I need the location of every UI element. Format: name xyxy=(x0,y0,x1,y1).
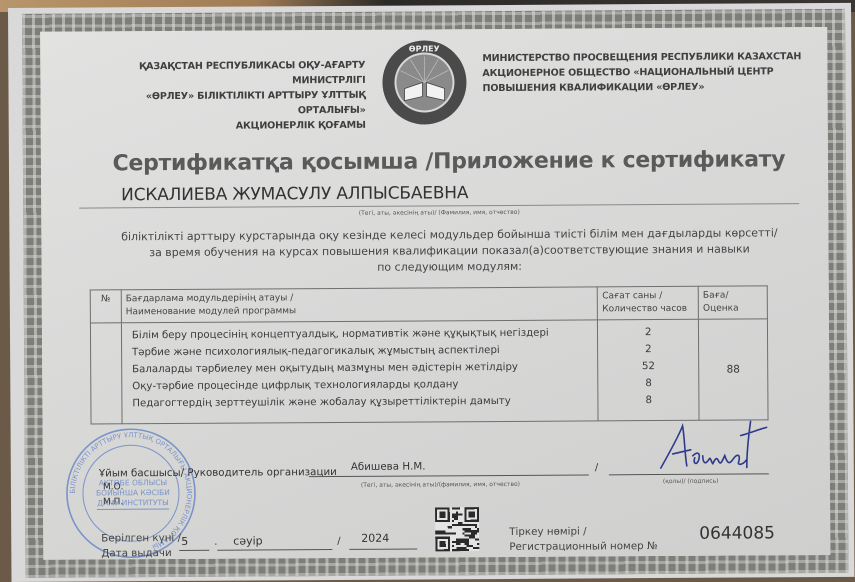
header-hours-ru: Количество часов xyxy=(602,303,694,317)
leader-label: Ұйым басшысы/ Руководитель организации xyxy=(99,466,337,479)
header-ru-line-2: АКЦИОНЕРНОЕ ОБЩЕСТВО «НАЦИОНАЛЬНЫЙ ЦЕНТР xyxy=(482,64,802,81)
handwritten-signature xyxy=(651,415,771,476)
svg-text:ӨРЛЕУ: ӨРЛЕУ xyxy=(409,44,440,53)
header-kz-line-3: АКЦИОНЕРЛІК ҚОҒАМЫ xyxy=(81,118,366,135)
header-hours-kz: Сағат саны / xyxy=(602,290,694,304)
cell-module-names: Білім беру процесінің концептуалдық, нор… xyxy=(121,320,598,424)
leader-name: Абишева Н.М. xyxy=(351,460,426,472)
document-title: Сертификатқа қосымша /Приложение к серти… xyxy=(89,147,809,176)
header-grade-ru: Оценка xyxy=(703,302,763,315)
header-module-name-ru: Наименование модулей программы xyxy=(126,303,594,319)
cell-no xyxy=(90,323,122,424)
registration-number: 0644085 xyxy=(699,523,775,543)
table-header-row: № Бағдарлама модульдерінің атауы / Наиме… xyxy=(90,286,767,323)
issue-day: 5 xyxy=(181,535,188,548)
date-separator: . xyxy=(214,537,217,548)
orleu-logo: ӨРЛЕУ xyxy=(380,38,469,127)
hours-value: 8 xyxy=(599,392,699,410)
header-ru-line-3: ПОВЫШЕНИЯ КВАЛИФИКАЦИИ «ӨРЛЕУ» xyxy=(482,79,802,96)
header-no: № xyxy=(90,290,121,323)
table-row: Білім беру процесінің концептуалдық, нор… xyxy=(132,324,588,344)
grade-value: 88 xyxy=(699,319,768,420)
certificate-sheet: ҚАЗАҚСТАН РЕСПУБЛИКАСЫ ОҚУ-АҒАРТУ МИНИСТ… xyxy=(8,3,854,582)
header-module-name: Бағдарлама модульдерінің атауы / Наимено… xyxy=(121,287,598,323)
modules-table: № Бағдарлама модульдерінің атауы / Наиме… xyxy=(90,285,769,424)
header-kazakh: ҚАЗАҚСТАН РЕСПУБЛИКАСЫ ОҚУ-АҒАРТУ МИНИСТ… xyxy=(80,58,365,135)
header-grade-kz: Баға/ xyxy=(703,289,763,302)
header-kz-line-1: ҚАЗАҚСТАН РЕСПУБЛИКАСЫ ОҚУ-АҒАРТУ МИНИСТ… xyxy=(80,58,365,90)
hours-value: 8 xyxy=(599,375,699,393)
header-kz-line-2: «ӨРЛЕУ» БІЛІКТІЛІКТІ АРТТЫРУ ҰЛТТЫҚ ОРТА… xyxy=(80,88,365,120)
registration-label-ru: Регистрационный номер № xyxy=(509,539,657,555)
date-slash: / xyxy=(337,536,340,547)
issue-month: сәуір xyxy=(233,534,262,547)
issue-date-label-kz: Берілген күні / xyxy=(101,531,181,546)
table-body-row: Білім беру процесінің концептуалдық, нор… xyxy=(90,319,768,424)
leader-name-caption: (Тегі, аты, әкесінің аты)/(фамилия, имя,… xyxy=(361,481,520,489)
issue-date-label: Берілген күні / Дата выдачи xyxy=(101,531,181,561)
separator-slash: / xyxy=(595,462,598,473)
hours-value: 2 xyxy=(598,341,698,359)
registration-label-kz: Тіркеу нөмірі / xyxy=(509,524,657,540)
header-grade: Баға/ Оценка xyxy=(698,286,767,319)
header-hours: Сағат саны / Количество часов xyxy=(598,286,699,320)
registration-label: Тіркеу нөмірі / Регистрационный номер № xyxy=(509,524,658,555)
seal-place-ru: М.П. xyxy=(103,497,123,507)
seal-place-kz: М.О. xyxy=(103,482,124,492)
hours-value: 2 xyxy=(598,324,698,342)
issue-year: 2024 xyxy=(361,532,389,545)
cell-hours: 2 2 52 8 8 xyxy=(598,319,699,421)
qr-code-icon xyxy=(435,507,479,551)
recipient-name: ИСКАЛИЕВА ЖУМАСУЛУ АЛПЫСБАЕВНА xyxy=(121,183,468,205)
header-russian: МИНИСТЕРСТВО ПРОСВЕЩЕНИЯ РЕСПУБЛИКИ КАЗА… xyxy=(482,49,802,96)
hours-value: 52 xyxy=(599,358,699,376)
issue-day-underline xyxy=(179,550,209,551)
table-row: Педагогтердің зерттеушілік және жобалау … xyxy=(132,392,588,412)
signature-caption: (қолы)/ (подпись) xyxy=(663,478,719,485)
intro-text: біліктілікті арттыру курстарында оқу кез… xyxy=(109,225,789,277)
issue-date-label-ru: Дата выдачи xyxy=(101,546,181,561)
